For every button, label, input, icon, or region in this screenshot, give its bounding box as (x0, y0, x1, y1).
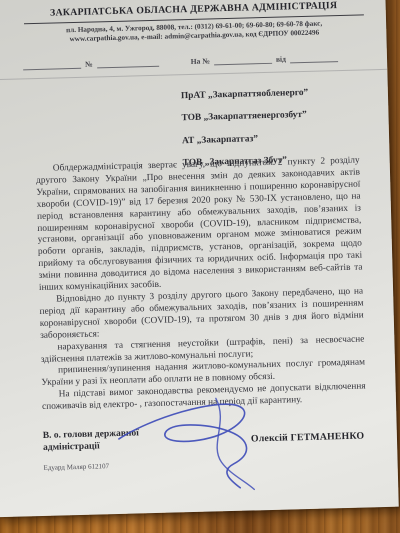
signatory-name: Олексій ГЕТМАНЕНКО (251, 431, 365, 445)
reply-date-blank (290, 52, 338, 63)
handwritten-signature-icon (116, 393, 269, 497)
number-label: № (85, 60, 93, 69)
outgoing-number-blank (97, 57, 159, 69)
letter-body: Облдержадміністрація звертає увагу, що п… (36, 156, 366, 414)
body-paragraph: Облдержадміністрація звертає увагу, що п… (36, 156, 363, 295)
outgoing-date-blank (23, 59, 81, 71)
reply-number-label: На № (191, 56, 210, 66)
faint-separator (0, 69, 387, 81)
paper-sheet: ЗАКАРПАТСЬКА ОБЛАСНА ДЕРЖАВНА АДМІНІСТРА… (0, 0, 399, 517)
letterhead: ЗАКАРПАТСЬКА ОБЛАСНА ДЕРЖАВНА АДМІНІСТРА… (22, 0, 367, 45)
executor-note: Едуард Маляр 612107 (44, 462, 110, 472)
document-photo: ЗАКАРПАТСЬКА ОБЛАСНА ДЕРЖАВНА АДМІНІСТРА… (0, 0, 400, 533)
reply-date-label: від (276, 54, 286, 63)
reply-number-blank (214, 54, 272, 66)
reference-line: № На № від (23, 52, 353, 71)
body-paragraph: Відповідно до пункту 3 розділу другого ц… (39, 286, 364, 342)
